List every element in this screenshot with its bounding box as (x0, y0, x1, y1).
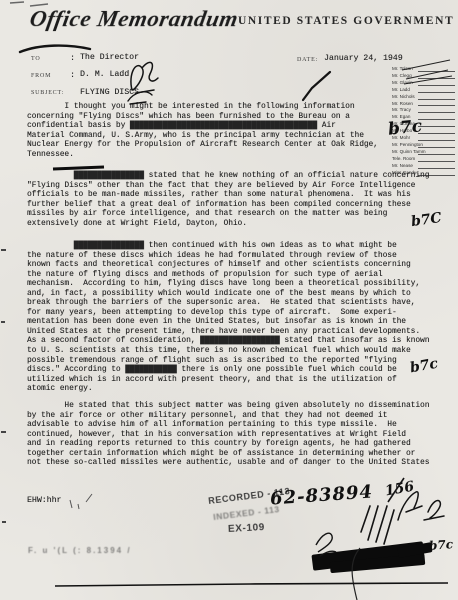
scan-smudge-top-left (10, 2, 48, 6)
subject-flourish (128, 92, 152, 104)
routing-arrows (402, 60, 452, 84)
initial-scribble-1 (398, 492, 422, 520)
bottom-rule (55, 583, 448, 586)
handwritten-swoosh (20, 46, 90, 52)
tennessee-underline (53, 167, 104, 169)
ladd-initials-scribble (131, 62, 158, 93)
initial-scribble-2 (424, 500, 444, 520)
memo-page: Office Memorandum • UNITED STATES GOVERN… (0, 0, 458, 600)
pencil-line (352, 548, 360, 600)
faint-pen-marks (70, 494, 92, 509)
slash-through-156 (388, 478, 404, 502)
scan-edge-marks (1, 250, 6, 522)
hatch-scribbles (361, 506, 394, 544)
handwriting-overlay (0, 0, 458, 600)
scribble-left-of-blob (316, 533, 336, 556)
checkmark (303, 72, 330, 100)
